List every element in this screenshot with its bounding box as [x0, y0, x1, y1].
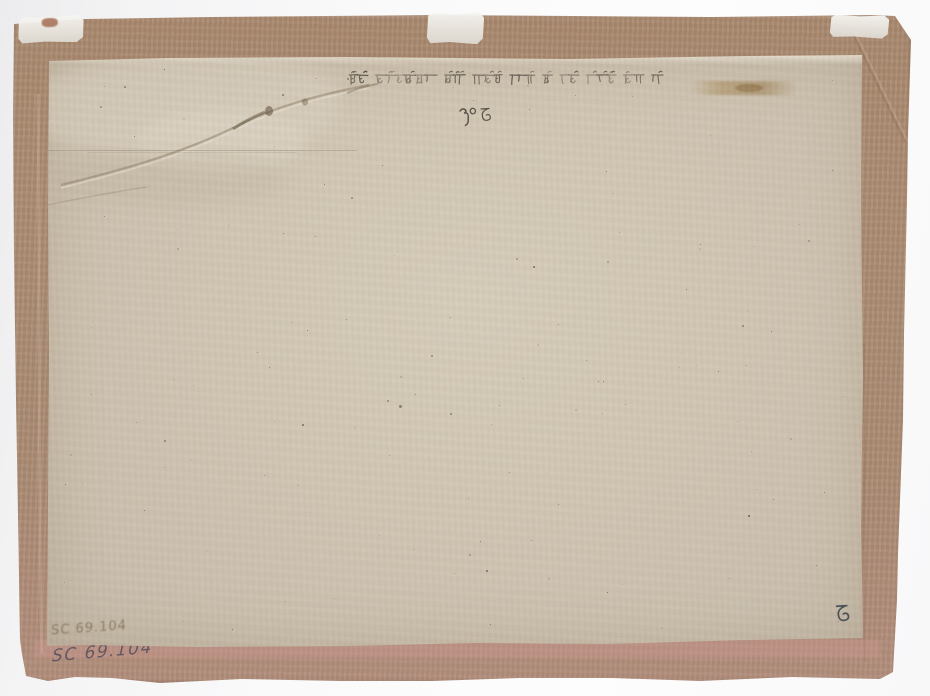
- paper-light-damage-patch: [137, 110, 307, 172]
- folio-numeral: [448, 100, 504, 130]
- tape-residue-mark: [42, 18, 58, 28]
- paper-crease-tear: [47, 55, 407, 225]
- tape-strip-top-right: [830, 14, 890, 39]
- stain-mark: [735, 84, 763, 92]
- inscription-script: [348, 64, 678, 98]
- manuscript-paper-sheet: SC 69.104: [47, 55, 863, 647]
- paper-seam-line: [87, 152, 297, 153]
- paper-shaded-patch: [47, 153, 287, 205]
- photograph-of-manuscript-verso: SC 69.104 SC 69.104: [0, 0, 930, 696]
- corner-pencil-mark: [833, 600, 863, 630]
- accession-number-on-paper-faint: SC 69.104: [51, 618, 127, 638]
- paper-light-damage-patch: [17, 55, 337, 155]
- tape-strip-top-center: [427, 12, 484, 44]
- stain-mark: [692, 81, 797, 95]
- foxing-speckles: [47, 55, 863, 647]
- tape-strip-top-left: [18, 15, 85, 44]
- paper-seam-line: [47, 150, 357, 151]
